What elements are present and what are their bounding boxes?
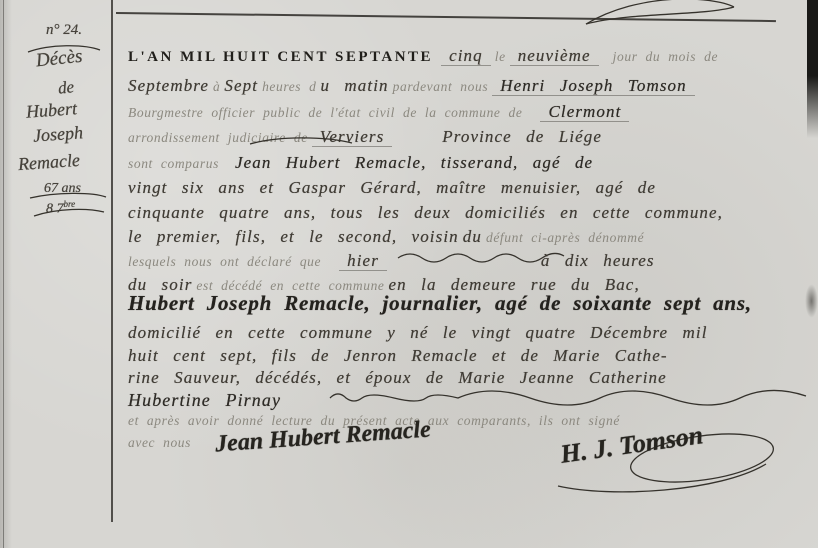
act-number: n° 24. xyxy=(46,22,82,39)
hand-deceased-identity: Hubert Joseph Remacle, journalier, agé d… xyxy=(128,291,752,315)
body-line-17: avec nous xyxy=(128,434,191,452)
margin-first-name: Hubert xyxy=(25,98,77,123)
printed-declare-que: lesquels nous ont déclaré que xyxy=(128,254,321,269)
hand-birth: domicilié en cette commune y né le vingt… xyxy=(128,323,708,342)
hier-scallop-flourish xyxy=(398,248,568,262)
hand-commune: Clermont xyxy=(540,102,629,122)
page-left-edge-line xyxy=(3,0,4,548)
printed-month-lead: jour du mois de xyxy=(613,49,718,64)
pirnay-closing-flourish xyxy=(330,386,810,408)
body-line-4: arrondissement judiciaire de Verviers Pr… xyxy=(128,127,602,147)
verviers-flourish xyxy=(248,136,358,150)
margin-age-flourish xyxy=(26,194,110,220)
printed-sont-comparus: sont comparus xyxy=(128,156,219,171)
hand-declarant-2: vingt six ans et Gaspar Gérard, maître m… xyxy=(128,178,656,197)
printed-avec-nous: avec nous xyxy=(128,435,191,450)
hand-hour: Sept xyxy=(224,76,258,95)
body-line-12: domicilié en cette commune y né le vingt… xyxy=(128,323,708,343)
printed-heures: heures d xyxy=(262,79,316,94)
printed-year-text: L'AN MIL HUIT CENT SEPTANTE xyxy=(128,49,433,65)
hand-parents-2: rine Sauveur, décédés, et époux de Marie… xyxy=(128,368,667,387)
hand-parents-1: huit cent sept, fils de Jenron Remacle e… xyxy=(128,346,668,365)
body-line-8: le premier, fils, et le second, voisin d… xyxy=(128,227,644,247)
hand-month: Septembre xyxy=(128,76,209,95)
body-line-6: vingt six ans et Gaspar Gérard, maître m… xyxy=(128,178,656,198)
body-line-7: cinquante quatre ans, tous les deux domi… xyxy=(128,203,723,223)
hand-year: cinq xyxy=(441,46,491,66)
printed-pardevant: pardevant nous xyxy=(393,79,489,94)
hand-du: du xyxy=(463,227,482,246)
margin-word-de: de xyxy=(57,77,75,99)
hand-spouse-name: Hubertine Pirnay xyxy=(128,390,281,410)
hand-matin: u matin xyxy=(320,76,388,95)
hand-day: neuvième xyxy=(510,46,599,66)
hand-province: Province de Liége xyxy=(442,127,602,146)
margin-last-name: Remacle xyxy=(17,150,80,175)
body-line-9: lesquels nous ont déclaré que hier à dix… xyxy=(128,251,655,271)
body-line-13: huit cent sept, fils de Jenron Remacle e… xyxy=(128,346,668,366)
page-left-shade xyxy=(0,0,12,548)
margin-middle-name: Joseph xyxy=(32,122,83,146)
hand-officer-name: Henri Joseph Tomson xyxy=(492,76,695,96)
body-line-2: Septembre à Sept heures d u matin pardev… xyxy=(128,76,695,96)
body-line-3: Bourgmestre officier public de l'état ci… xyxy=(128,102,629,122)
printed-defunt: défunt ci-après dénommé xyxy=(486,230,644,245)
scan-edge-shadow xyxy=(807,0,818,138)
body-line-15: Hubertine Pirnay xyxy=(128,390,281,411)
margin-title-deces: Décès xyxy=(35,46,83,73)
hand-relation: le premier, fils, et le second, voisin xyxy=(128,227,459,246)
printed-le: le xyxy=(495,49,506,64)
printed-a: à xyxy=(213,79,220,94)
body-line-14: rine Sauveur, décédés, et époux de Marie… xyxy=(128,368,667,388)
margin-divider-line xyxy=(111,0,113,522)
printed-officier-public: Bourgmestre officier public de l'état ci… xyxy=(128,105,522,120)
hand-declarant-1: Jean Hubert Remacle, tisserand, agé de xyxy=(235,153,593,172)
previous-act-flourish xyxy=(580,0,750,28)
body-line-11-deceased-name: Hubert Joseph Remacle, journalier, agé d… xyxy=(128,291,752,316)
hand-domicile: cinquante quatre ans, tous les deux domi… xyxy=(128,203,723,222)
hand-hier: hier xyxy=(339,251,387,271)
body-line-1: L'AN MIL HUIT CENT SEPTANTE cinq le neuv… xyxy=(128,46,718,66)
body-line-5: sont comparus Jean Hubert Remacle, tisse… xyxy=(128,153,593,173)
scan-edge-smudge xyxy=(805,284,818,318)
document-page: n° 24. Décès de Hubert Joseph Remacle 67… xyxy=(0,0,818,548)
